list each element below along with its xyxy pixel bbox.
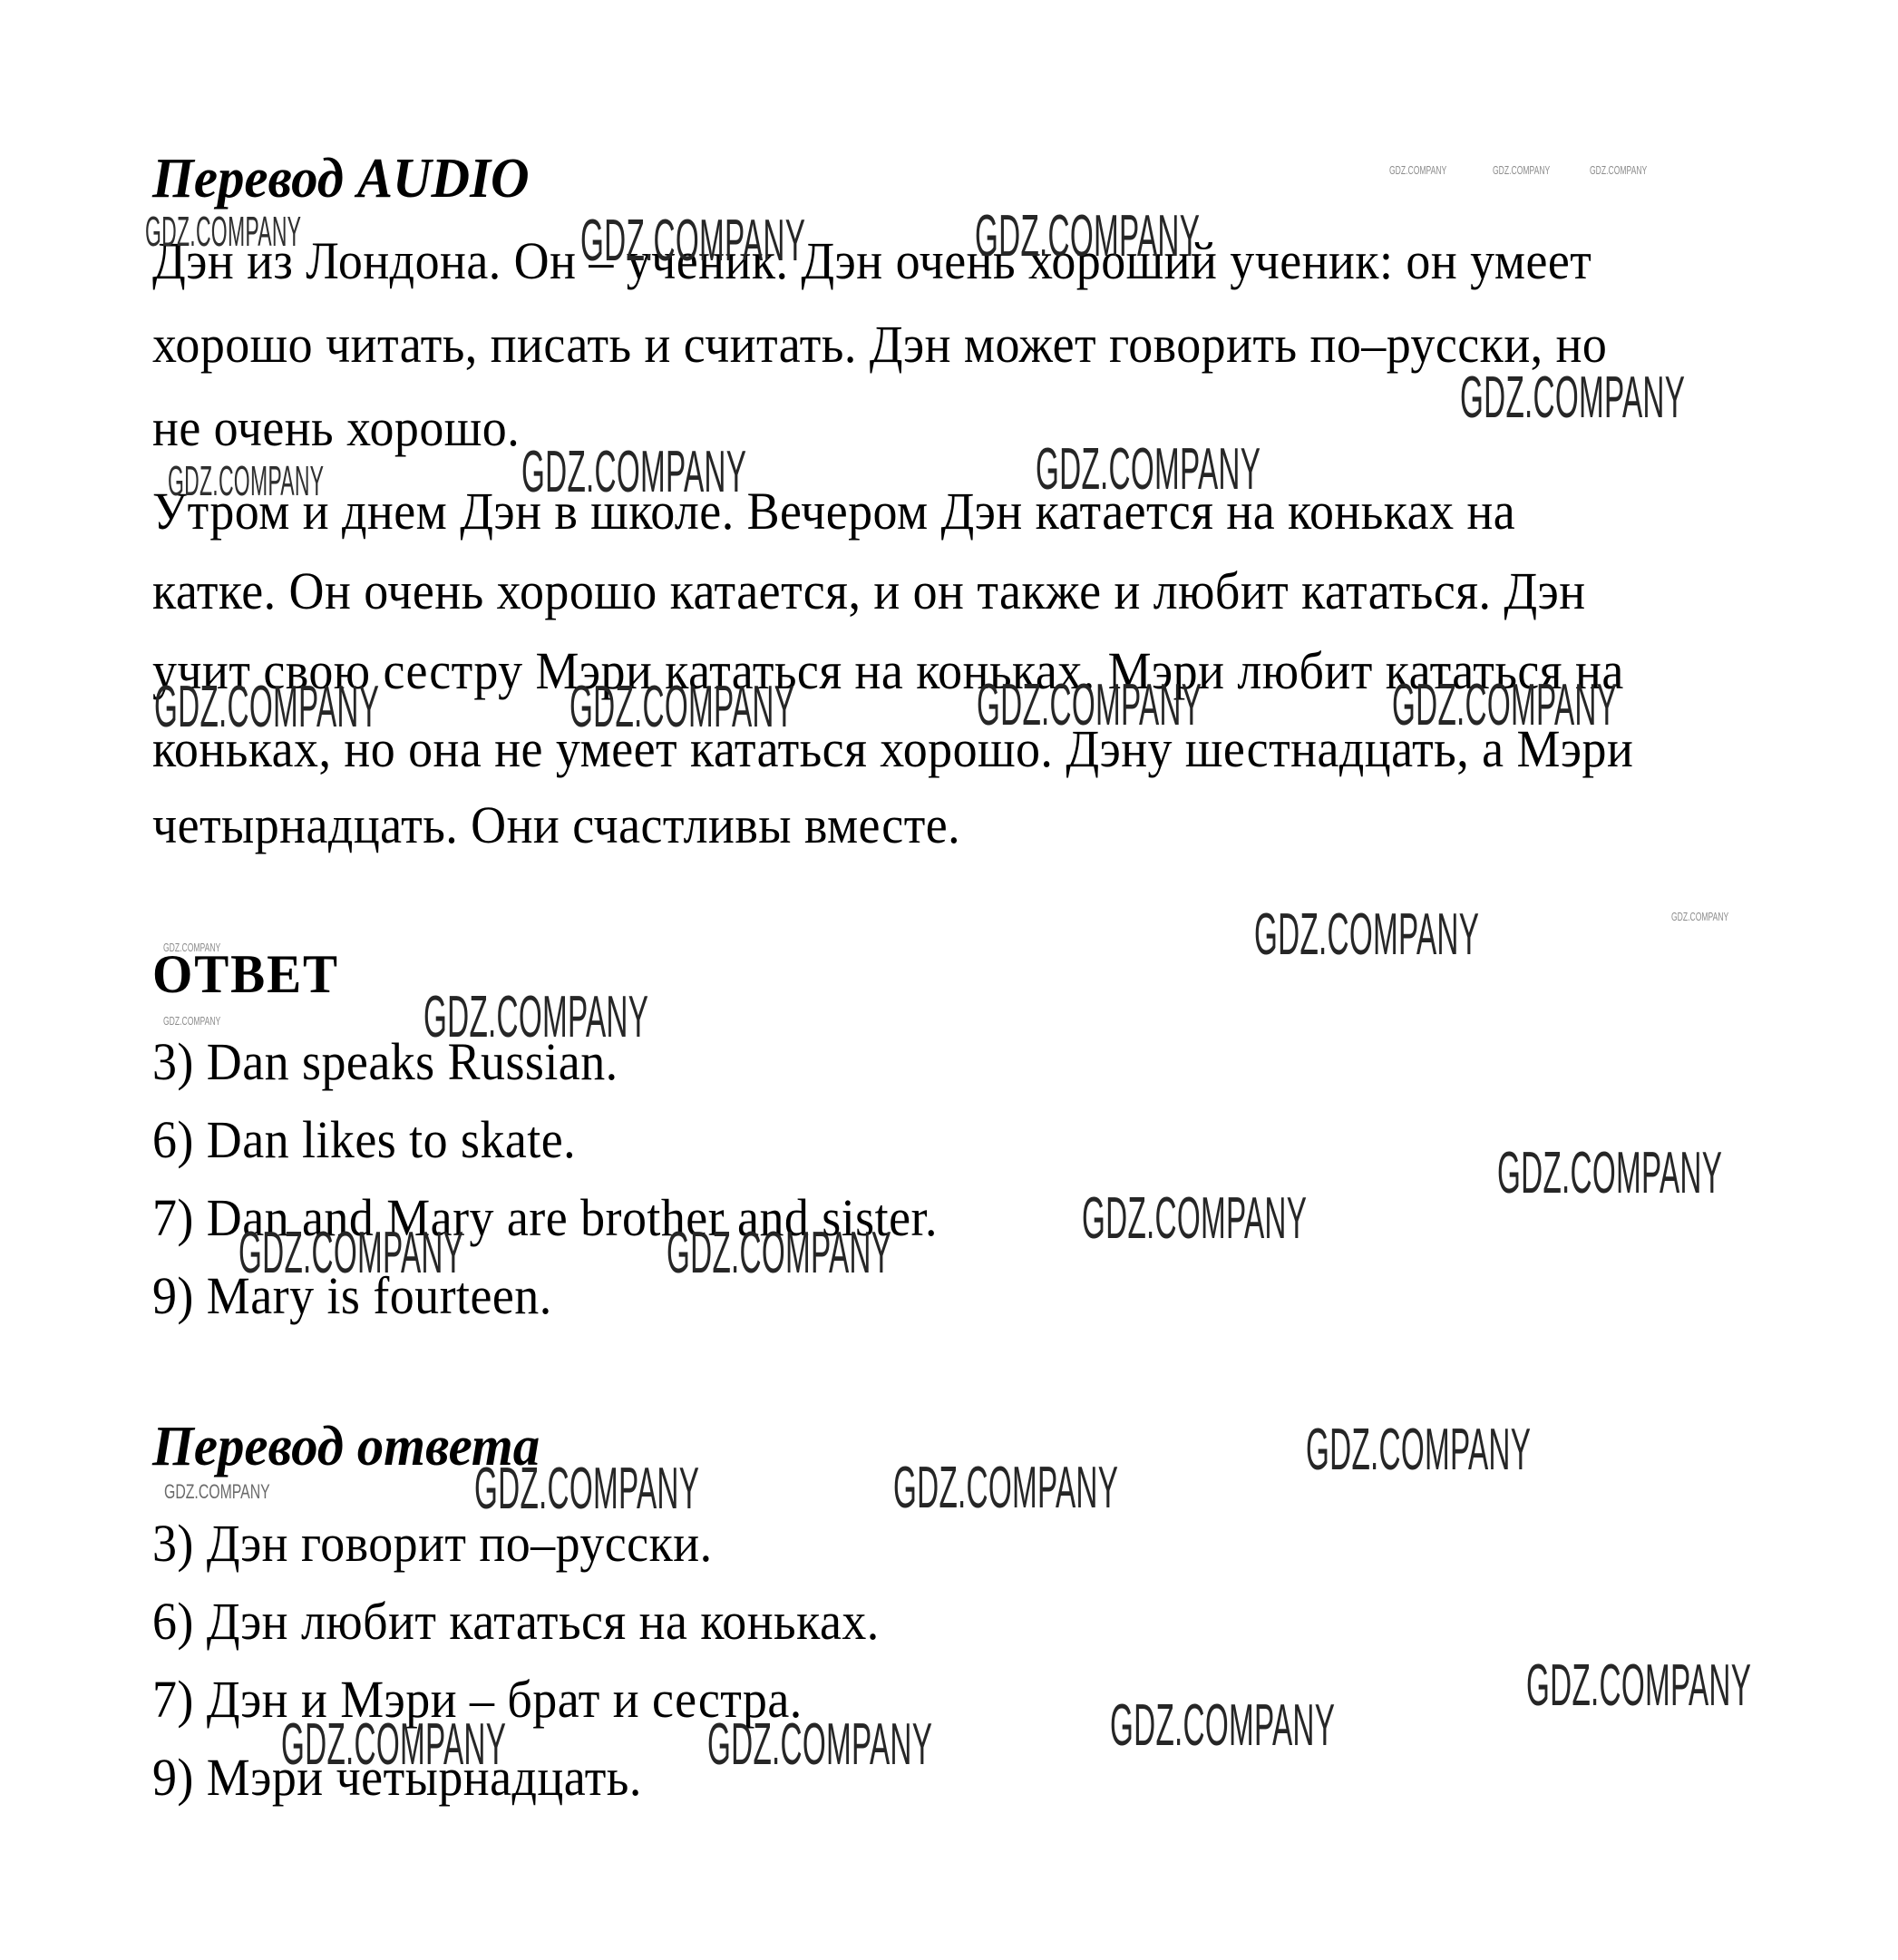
watermark: GDZ.COMPANY (154, 677, 379, 736)
watermark: GDZ.COMPANY (977, 675, 1202, 734)
document-page: Перевод AUDIO Дэн из Лондона. Он – учени… (0, 0, 1898, 1960)
watermark: GDZ.COMPANY (163, 1015, 220, 1027)
audio-paragraph2-line: Утром и днем Дэн в школе. Вечером Дэн ка… (152, 485, 1515, 538)
watermark: GDZ.COMPANY (707, 1714, 932, 1773)
watermark: GDZ.COMPANY (1671, 911, 1728, 922)
watermark: GDZ.COMPANY (1306, 1419, 1531, 1478)
watermark: GDZ.COMPANY (168, 460, 324, 502)
watermark: GDZ.COMPANY (521, 442, 746, 501)
watermark: GDZ.COMPANY (1254, 904, 1479, 963)
audio-paragraph2-line: четырнадцать. Они счастливы вместе. (152, 799, 960, 852)
answer-line-ru: 6) Дэн любит кататься на коньках. (152, 1595, 880, 1648)
answer-line-ru: 3) Дэн говорит по–русски. (152, 1517, 713, 1570)
watermark: GDZ.COMPANY (164, 1482, 270, 1502)
watermark: GDZ.COMPANY (1526, 1655, 1751, 1714)
watermark: GDZ.COMPANY (893, 1458, 1118, 1516)
watermark: GDZ.COMPANY (145, 210, 301, 252)
watermark: GDZ.COMPANY (1460, 367, 1685, 426)
watermark: GDZ.COMPANY (1493, 164, 1550, 176)
audio-translation-title: Перевод AUDIO (152, 151, 530, 207)
watermark: GDZ.COMPANY (975, 206, 1200, 265)
watermark: GDZ.COMPANY (238, 1223, 463, 1282)
watermark: GDZ.COMPANY (1497, 1143, 1722, 1202)
watermark: GDZ.COMPANY (1590, 164, 1647, 176)
answer-line-en: 6) Dan likes to skate. (152, 1114, 576, 1166)
watermark: GDZ.COMPANY (474, 1458, 699, 1517)
audio-paragraph2-line: катке. Он очень хорошо катается, и он та… (152, 565, 1586, 618)
watermark: GDZ.COMPANY (1036, 439, 1260, 498)
watermark: GDZ.COMPANY (1082, 1188, 1307, 1247)
audio-paragraph1-line: не очень хорошо. (152, 402, 520, 454)
answer-heading: ОТВЕТ (152, 947, 339, 1001)
watermark: GDZ.COMPANY (1392, 675, 1617, 734)
watermark: GDZ.COMPANY (281, 1714, 506, 1773)
watermark: GDZ.COMPANY (163, 941, 220, 953)
watermark: GDZ.COMPANY (423, 987, 648, 1046)
watermark: GDZ.COMPANY (1110, 1695, 1335, 1754)
audio-paragraph1-line: Дэн из Лондона. Он – ученик. Дэн очень х… (152, 235, 1591, 288)
watermark: GDZ.COMPANY (580, 210, 805, 269)
audio-paragraph1-line: хорошо читать, писать и считать. Дэн мож… (152, 318, 1607, 371)
watermark: GDZ.COMPANY (667, 1223, 891, 1282)
watermark: GDZ.COMPANY (1389, 164, 1446, 176)
watermark: GDZ.COMPANY (569, 677, 794, 736)
